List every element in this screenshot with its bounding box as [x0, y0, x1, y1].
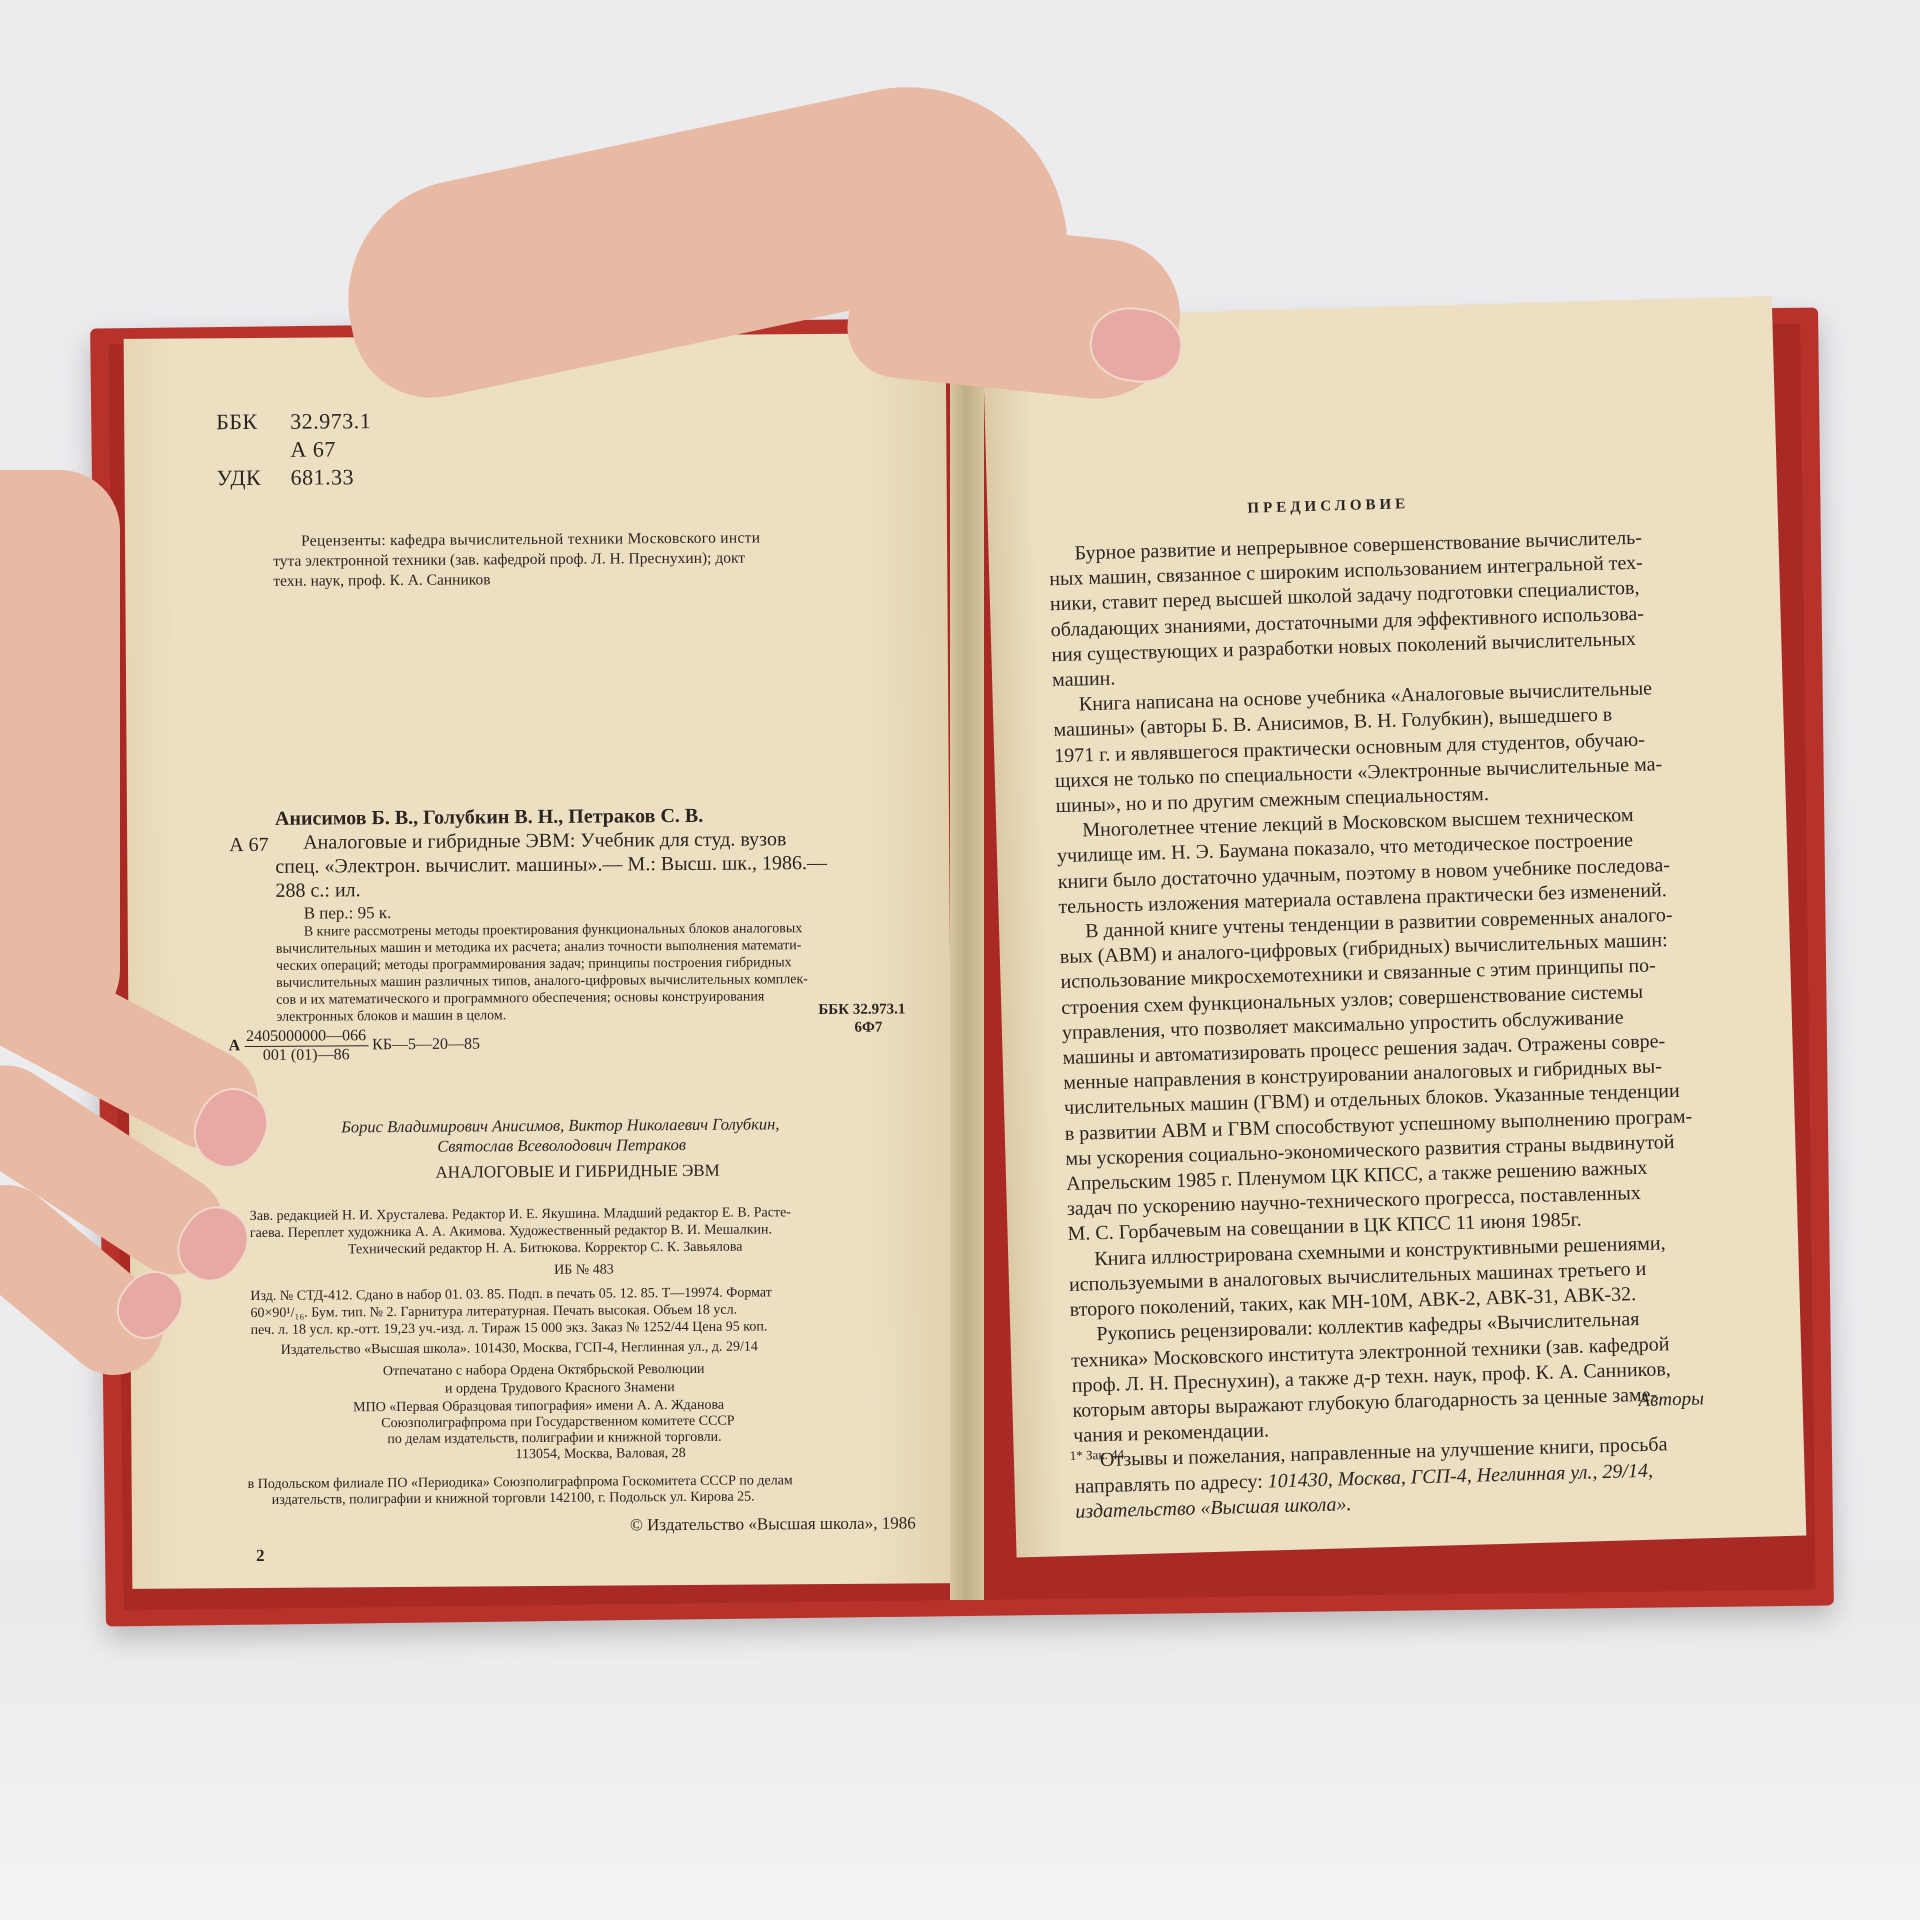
catalog-price: В пер.: 95 к. — [304, 903, 392, 924]
full-authors-line-1: Борис Владимирович Анисимов, Виктор Нико… — [341, 1114, 779, 1137]
bbk-sub: А 67 — [290, 435, 336, 462]
full-authors-line-2: Святослав Всеволодович Петраков — [437, 1135, 686, 1157]
publisher-address: Издательство «Высшая школа». 101430, Мос… — [281, 1338, 758, 1359]
udk-label: УДК — [217, 464, 262, 491]
left-hand-palm — [0, 470, 120, 1030]
catalog-authors: Анисимов Б. В., Голубкин В. Н., Петраков… — [275, 805, 703, 831]
left-page: ББК 32.973.1 А 67 УДК 681.33 Рецензенты:… — [124, 333, 955, 1589]
index-block: А 2405000000—066 001 (01)—86 КБ—5—20—85 — [228, 1026, 480, 1065]
catalog-line-2: спец. «Электрон. вычислит. машины».— М.:… — [275, 852, 827, 879]
index-numerator: 2405000000—066 — [244, 1027, 368, 1047]
printer-line-6: 113054, Москва, Валовая, 28 — [515, 1445, 685, 1464]
printer-line-2: и ордена Трудового Красного Знамени — [445, 1379, 675, 1399]
printer-line-1: Отпечатано с набора Ордена Октябрьской Р… — [383, 1361, 705, 1381]
page-number: 2 — [256, 1546, 265, 1566]
reviewers-line-3: техн. наук, проф. К. А. Санников — [273, 570, 490, 591]
catalog-line-1: Аналоговые и гибридные ЭВМ: Учебник для … — [303, 828, 786, 854]
credits-line-3: Технический редактор Н. А. Битюкова. Кор… — [348, 1239, 743, 1260]
preface-line-text: направлять по адресу: — [1074, 1470, 1263, 1497]
ib-number: ИБ № 483 — [554, 1261, 614, 1279]
annotation-line-5: сов и их математического и программного … — [276, 988, 764, 1009]
reviewers-line-2: тута электронной техники (зав. кафедрой … — [273, 549, 745, 571]
footer-mark: 1* Зак. 44 — [1070, 1446, 1125, 1464]
copyright: © Издательство «Высшая школа», 1986 — [630, 1513, 916, 1535]
reviewers-line-1: Рецензенты: кафедра вычислительной техни… — [301, 528, 760, 550]
book-gutter — [950, 330, 984, 1600]
podolsk-line-2: издательств, полиграфии и книжной торгов… — [272, 1489, 755, 1510]
annotation-line-6: электронных блоков и машин в целом. — [276, 1007, 506, 1027]
bbk-right: ББК 32.973.1 — [818, 1001, 905, 1019]
index-suffix: КБ—5—20—85 — [372, 1036, 480, 1054]
index-prefix: А — [229, 1037, 241, 1054]
signature: Авторы — [1638, 1388, 1704, 1412]
catalog-code: А 67 — [229, 834, 269, 857]
bbk-value: 32.973.1 — [290, 407, 371, 435]
bbk-right-sub: 6Ф7 — [854, 1020, 882, 1037]
preface-heading: ПРЕДИСЛОВИЕ — [1247, 496, 1409, 518]
catalog-line-3: 288 с.: ил. — [275, 879, 360, 903]
title-caps: АНАЛОГОВЫЕ И ГИБРИДНЫЕ ЭВМ — [435, 1161, 719, 1183]
index-denominator: 001 (01)—86 — [244, 1046, 368, 1065]
imprint-line-3: печ. л. 18 усл. кр.-отт. 19,23 уч.-изд. … — [251, 1318, 768, 1340]
index-fraction: 2405000000—066 001 (01)—86 — [244, 1027, 368, 1065]
right-page: ПРЕДИСЛОВИЕ Бурное развитие и непрерывно… — [982, 296, 1806, 1558]
udk-value: 681.33 — [291, 463, 355, 490]
bbk-label: ББК — [216, 408, 258, 435]
preface-body: Бурное развитие и непрерывное совершенст… — [1048, 524, 1735, 1525]
